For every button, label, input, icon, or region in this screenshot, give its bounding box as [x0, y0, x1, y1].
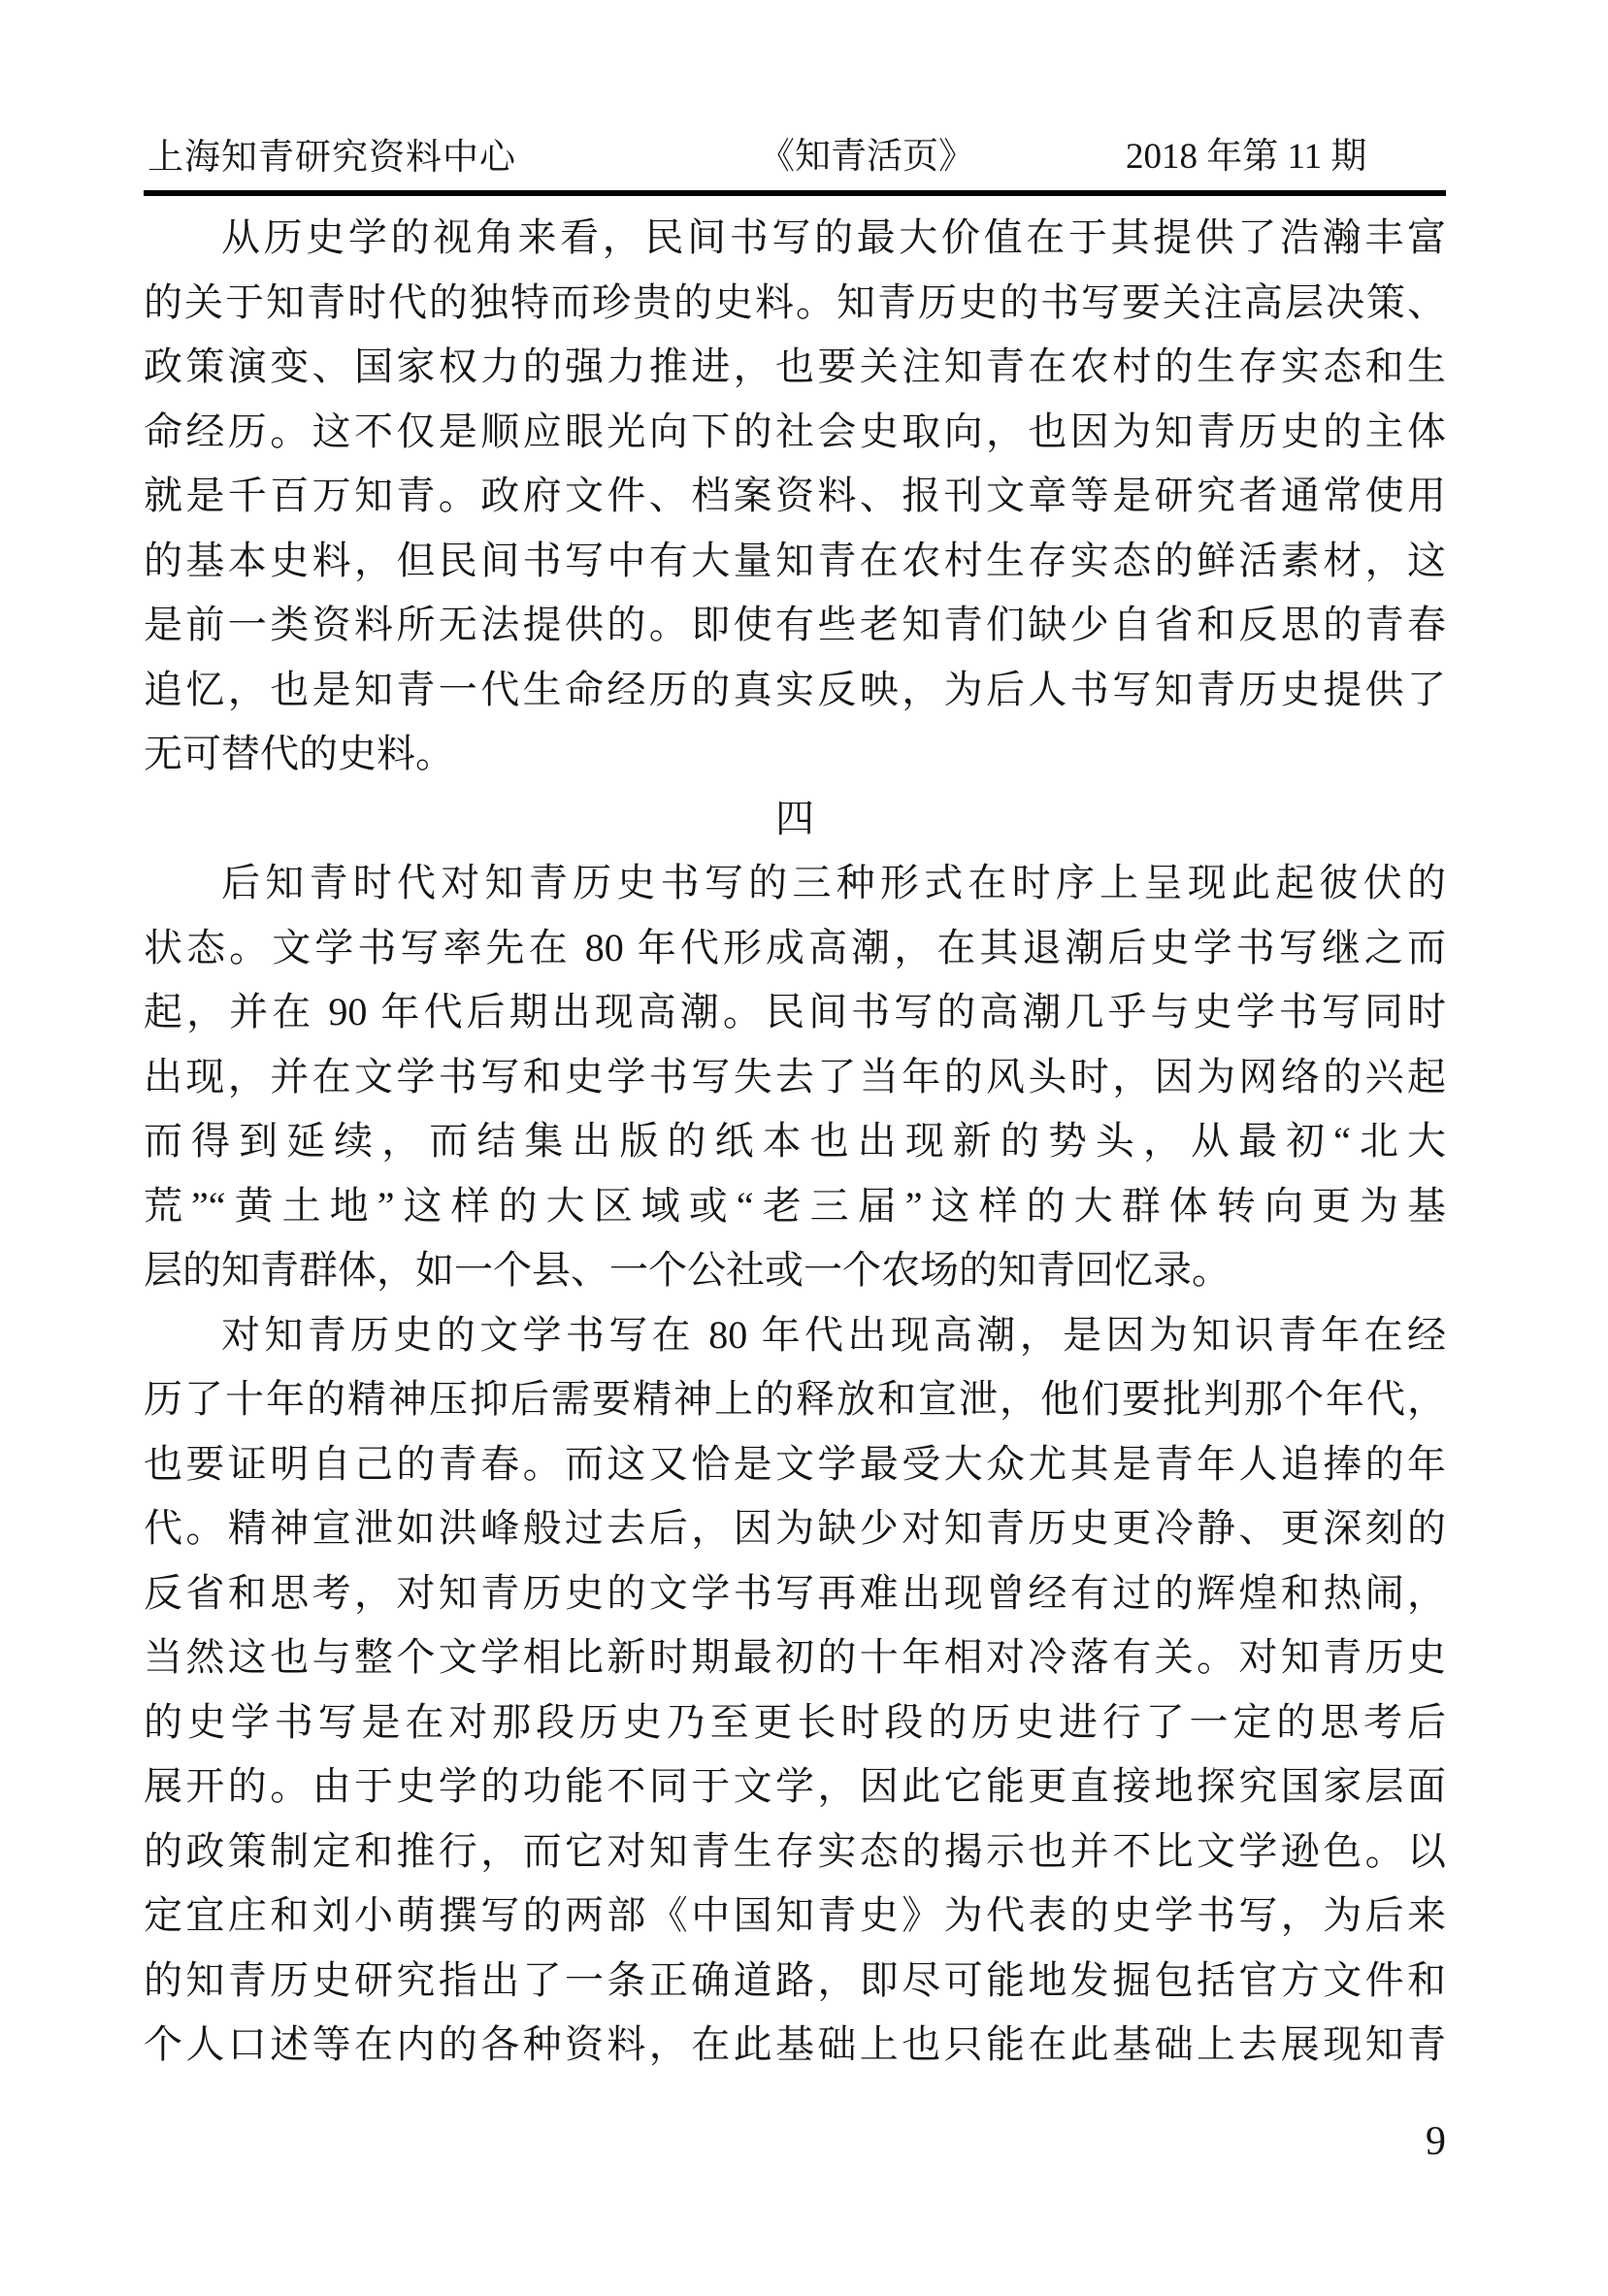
text-line: 出现，并在文学书写和史学书写失去了当年的风头时，因为网络的兴起: [144, 1045, 1446, 1110]
header-organization: 上海知青研究资料中心: [148, 134, 516, 180]
text-line: 对知青历史的文学书写在 80 年代出现高潮，是因为知识青年在经: [144, 1303, 1446, 1368]
text-line: 展开的。由于史学的功能不同于文学，因此它能更直接地探究国家层面: [144, 1755, 1446, 1820]
text-line: 就是千百万知青。政府文件、档案资料、报刊文章等是研究者通常使用: [144, 464, 1446, 529]
text-line: 个人口述等在内的各种资料，在此基础上也只能在此基础上去展现知青: [144, 2013, 1446, 2078]
text-line: 从历史学的视角来看，民间书写的最大价值在于其提供了浩瀚丰富: [144, 206, 1446, 271]
text-line: 政策演变、国家权力的强力推进，也要关注知青在农村的生存实态和生: [144, 335, 1446, 400]
text-line: 的基本史料，但民间书写中有大量知青在农村生存实态的鲜活素材，这: [144, 529, 1446, 594]
text-line: 定宜庄和刘小萌撰写的两部《中国知青史》为代表的史学书写，为后来: [144, 1884, 1446, 1949]
text-line: 追忆，也是知青一代生命经历的真实反映，为后人书写知青历史提供了: [144, 658, 1446, 723]
text-line: 历了十年的精神压抑后需要精神上的释放和宣泄，他们要批判那个年代，: [144, 1367, 1446, 1432]
text-line: 当然这也与整个文学相比新时期最初的十年相对冷落有关。对知青历史: [144, 1625, 1446, 1690]
text-line: 的关于知青时代的独特而珍贵的史料。知青历史的书写要关注高层决策、: [144, 271, 1446, 336]
header-publication-title: 《知青活页》: [759, 134, 974, 180]
text-line: 层的知青群体，如一个县、一个公社或一个农场的知青回忆录。: [144, 1238, 1446, 1303]
text-line: 是前一类资料所无法提供的。即使有些老知青们缺少自省和反思的青春: [144, 593, 1446, 658]
text-line: 的政策制定和推行，而它对知青生存实态的揭示也并不比文学逊色。以: [144, 1820, 1446, 1885]
text-line: 反省和思考，对知青历史的文学书写再难出现曾经有过的辉煌和热闹，: [144, 1561, 1446, 1626]
text-line: 起，并在 90 年代后期出现高潮。民间书写的高潮几乎与史学书写同时: [144, 980, 1446, 1045]
page-number: 9: [1426, 2117, 1446, 2166]
text-line: 荒”“黄土地”这样的大区域或“老三届”这样的大群体转向更为基: [144, 1174, 1446, 1239]
text-line: 而得到延续，而结集出版的纸本也出现新的势头，从最初“北大: [144, 1109, 1446, 1174]
text-line: 的知青历史研究指出了一条正确道路，即尽可能地发掘包括官方文件和: [144, 1949, 1446, 2014]
text-line: 命经历。这不仅是顺应眼光向下的社会史取向，也因为知青历史的主体: [144, 400, 1446, 465]
section-heading: 四: [144, 787, 1446, 852]
article-body: 从历史学的视角来看，民间书写的最大价值在于其提供了浩瀚丰富 的关于知青时代的独特…: [144, 206, 1446, 2078]
text-line: 的史学书写是在对那段历史乃至更长时段的历史进行了一定的思考后: [144, 1690, 1446, 1755]
header-divider: [144, 190, 1446, 196]
text-line: 无可替代的史料。: [144, 722, 1446, 787]
text-line: 也要证明自己的青春。而这又恰是文学最受大众尤其是青年人追捧的年: [144, 1432, 1446, 1497]
text-line: 代。精神宣泄如洪峰般过去后，因为缺少对知青历史更冷静、更深刻的: [144, 1496, 1446, 1561]
header-issue: 2018 年第 11 期: [1126, 134, 1366, 180]
page-header: 上海知青研究资料中心 《知青活页》 2018 年第 11 期: [0, 134, 1608, 184]
text-line: 后知青时代对知青历史书写的三种形式在时序上呈现此起彼伏的: [144, 851, 1446, 916]
text-line: 状态。文学书写率先在 80 年代形成高潮，在其退潮后史学书写继之而: [144, 916, 1446, 981]
document-page: 上海知青研究资料中心 《知青活页》 2018 年第 11 期 从历史学的视角来看…: [0, 0, 1608, 2296]
